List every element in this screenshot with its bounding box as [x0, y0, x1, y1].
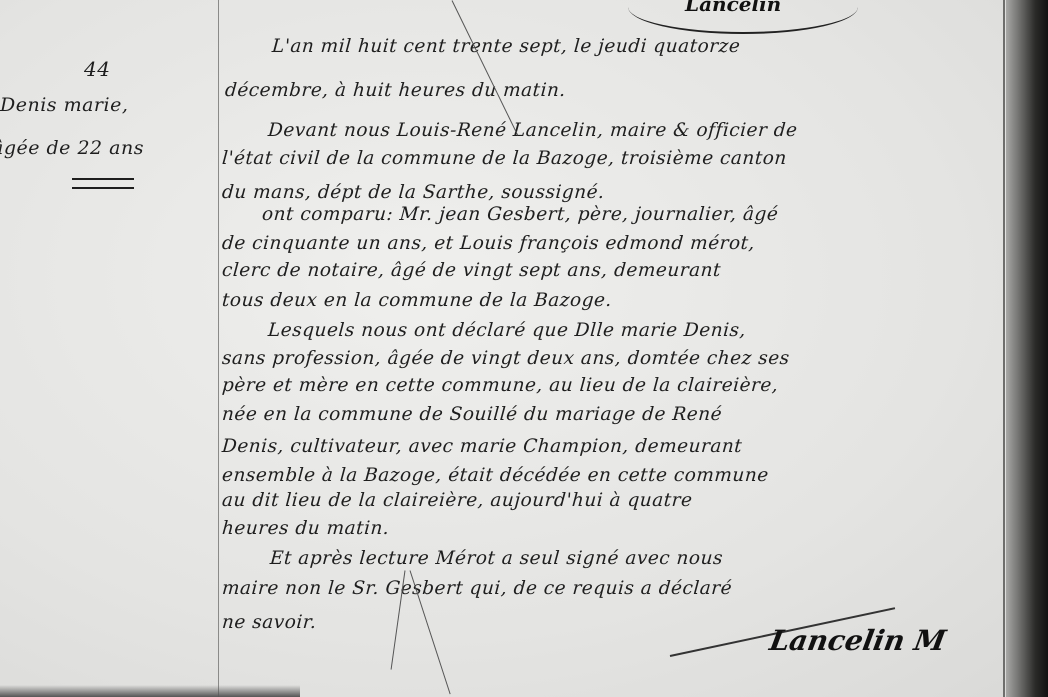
diagonal-pencil-stroke [452, 0, 519, 135]
body-line: père et mère en cette commune, au lieu d… [221, 375, 779, 396]
body-line: ne savoir. [221, 612, 317, 633]
body-line: ensemble à la Bazoge, était décédée en c… [221, 465, 769, 486]
body-line: clerc de notaire, âgé de vingt sept ans,… [221, 260, 721, 281]
top-signature: Lancelin [685, 0, 781, 16]
scanned-register-page: Lancelin 44 Denis marie, âgée de 22 ans … [0, 0, 1048, 697]
body-line: tous deux en la commune de la Bazoge. [221, 290, 612, 311]
book-spine-shadow [1006, 0, 1048, 697]
right-page-rule [1003, 0, 1005, 697]
body-line: née en la commune de Souillé du mariage … [221, 404, 723, 425]
body-line: Denis, cultivateur, avec marie Champion,… [221, 436, 743, 457]
bottom-edge-shadow [0, 685, 300, 697]
body-line: heures du matin. [221, 518, 390, 539]
body-line: l'état civil de la commune de la Bazoge,… [221, 148, 787, 169]
body-line: sans profession, âgée de vingt deux ans,… [221, 348, 790, 369]
body-line: Devant nous Louis-René Lancelin, maire &… [267, 120, 798, 141]
body-line: maire non le Sr. Gesbert qui, de ce requ… [221, 578, 733, 599]
body-line: décembre, à huit heures du matin. [224, 80, 566, 101]
entry-number: 44 [84, 57, 110, 81]
body-line: Et après lecture Mérot a seul signé avec… [269, 548, 723, 569]
margin-deceased-age: âgée de 22 ans [0, 137, 144, 159]
mayor-signature: Lancelin M [767, 624, 948, 657]
body-line: Lesquels nous ont déclaré que Dlle marie… [267, 320, 746, 341]
margin-rule-line [218, 0, 219, 697]
body-line: L'an mil huit cent trente sept, le jeudi… [271, 36, 741, 57]
body-line: du mans, dépt de la Sarthe, soussigné. [221, 182, 605, 203]
body-line: au dit lieu de la claireière, aujourd'hu… [221, 490, 693, 511]
margin-deceased-name: Denis marie, [0, 94, 128, 116]
margin-double-underline [72, 178, 134, 189]
body-line: de cinquante un ans, et Louis françois e… [221, 233, 755, 254]
body-line: ont comparu: Mr. jean Gesbert, père, jou… [261, 204, 779, 225]
